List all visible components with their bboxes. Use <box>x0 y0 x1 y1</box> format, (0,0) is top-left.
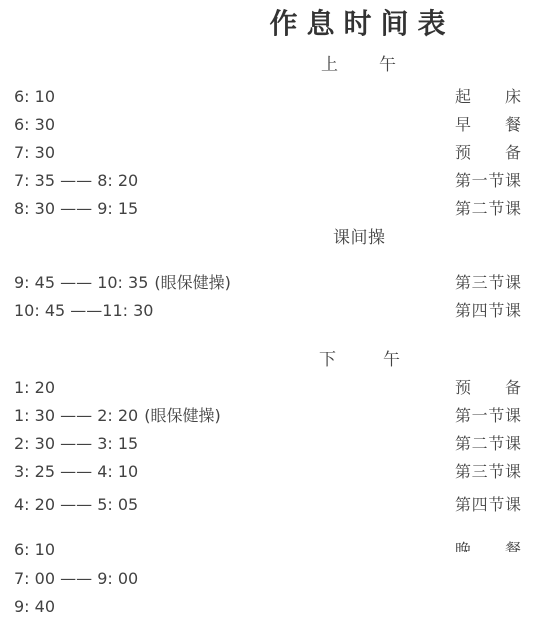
time-text: 2: 30 —— 3: 15 <box>14 434 138 453</box>
time-cell: 1: 30 —— 2: 20(眼保健操) <box>14 407 221 424</box>
time-text: 1: 20 <box>14 378 55 397</box>
table-row: 9: 40 <box>0 598 543 615</box>
time-text: 1: 30 —— 2: 20 <box>14 406 138 425</box>
time-text: 6: 10 <box>14 87 55 106</box>
time-cell: 6: 30 <box>14 116 61 133</box>
section-header-break-exercise: 课间操 <box>333 229 385 248</box>
time-text: 6: 10 <box>14 540 55 559</box>
section-header-morning: 上午 <box>321 56 396 75</box>
page-title: 作息时间表 <box>269 2 454 42</box>
time-text: 7: 00 —— 9: 00 <box>14 569 138 588</box>
activity-label: 预备 <box>455 379 521 396</box>
table-row: 8: 30 —— 9: 15 第二节课 <box>0 200 543 217</box>
time-text: 9: 45 —— 10: 35 <box>14 273 148 292</box>
activity-label: 第三节课 <box>455 274 521 291</box>
table-row: 4: 20 —— 5: 05 第四节课 <box>0 496 543 513</box>
time-cell: 10: 45 ——11: 30 <box>14 302 159 319</box>
time-text: 10: 45 ——11: 30 <box>14 301 153 320</box>
table-row: 2: 30 —— 3: 15 第二节课 <box>0 435 543 452</box>
table-row: 7: 00 —— 9: 00 <box>0 570 543 587</box>
time-cell: 7: 30 <box>14 144 61 161</box>
table-row: 7: 30 预备 <box>0 144 543 161</box>
table-row: 3: 25 —— 4: 10 第三节课 <box>0 463 543 480</box>
time-cell: 4: 20 —— 5: 05 <box>14 496 144 513</box>
activity-label-clipped: 晚餐 <box>455 541 521 552</box>
activity-label: 第一节课 <box>455 172 521 189</box>
note-text: (眼保健操) <box>144 406 221 425</box>
time-text: 4: 20 —— 5: 05 <box>14 495 138 514</box>
table-row: 6: 10 晚餐 <box>0 541 543 558</box>
activity-label: 早餐 <box>455 116 521 133</box>
activity-label: 第二节课 <box>455 200 521 217</box>
activity-label: 起床 <box>455 88 521 105</box>
activity-label: 第三节课 <box>455 463 521 480</box>
table-row: 10: 45 ——11: 30 第四节课 <box>0 302 543 319</box>
time-cell: 6: 10 <box>14 88 61 105</box>
time-cell: 2: 30 —— 3: 15 <box>14 435 144 452</box>
time-cell: 8: 30 —— 9: 15 <box>14 200 144 217</box>
section-header-afternoon: 下午 <box>319 351 400 370</box>
table-row: 6: 10 起床 <box>0 88 543 105</box>
time-cell: 9: 45 —— 10: 35(眼保健操) <box>14 274 231 291</box>
time-cell: 6: 10 <box>14 541 61 558</box>
table-row: 1: 20 预备 <box>0 379 543 396</box>
activity-label: 第一节课 <box>455 407 521 424</box>
time-text: 7: 35 —— 8: 20 <box>14 171 138 190</box>
schedule-document: 作息时间表 上午 6: 10 起床 6: 30 早餐 7: 30 预备 7: 3… <box>0 0 543 630</box>
table-row: 6: 30 早餐 <box>0 116 543 133</box>
activity-label: 第四节课 <box>455 496 521 513</box>
table-row: 1: 30 —— 2: 20(眼保健操) 第一节课 <box>0 407 543 424</box>
note-text: (眼保健操) <box>154 273 231 292</box>
time-cell: 7: 00 —— 9: 00 <box>14 570 144 587</box>
time-text: 8: 30 —— 9: 15 <box>14 199 138 218</box>
activity-label: 第四节课 <box>455 302 521 319</box>
activity-label: 第二节课 <box>455 435 521 452</box>
time-cell: 9: 40 <box>14 598 61 615</box>
time-text: 7: 30 <box>14 143 55 162</box>
table-row: 9: 45 —— 10: 35(眼保健操) 第三节课 <box>0 274 543 291</box>
time-text: 9: 40 <box>14 597 55 616</box>
time-cell: 7: 35 —— 8: 20 <box>14 172 144 189</box>
time-cell: 1: 20 <box>14 379 61 396</box>
activity-label: 预备 <box>455 144 521 161</box>
table-row: 7: 35 —— 8: 20 第一节课 <box>0 172 543 189</box>
time-text: 6: 30 <box>14 115 55 134</box>
time-cell: 3: 25 —— 4: 10 <box>14 463 144 480</box>
time-text: 3: 25 —— 4: 10 <box>14 462 138 481</box>
